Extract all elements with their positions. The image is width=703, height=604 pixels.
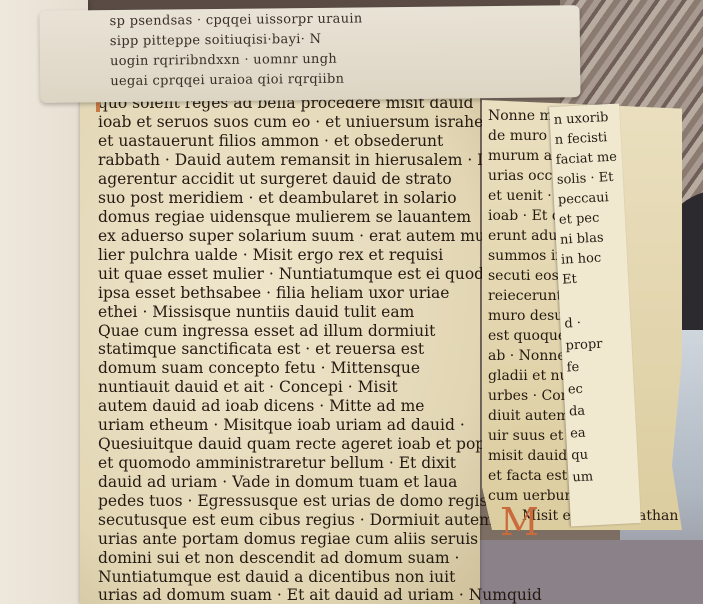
text-line: pedes tuos · Egressusque est urias de do…	[98, 492, 487, 510]
text-line: sp psendsas · cpqqei uissorpr urauin	[110, 11, 363, 29]
text-line: secutusque est eum cibus regius · Dormiu…	[98, 511, 494, 529]
text-line: nuntiauit dauid et ait · Concepi · Misit	[98, 378, 398, 396]
text-line: uir suus et	[488, 428, 563, 444]
text-line: uegai cprqqei uraioa qioi rqrqiibn	[110, 72, 344, 89]
text-line: ni blas	[560, 230, 604, 247]
text-line: Et	[562, 272, 577, 288]
text-line: Quesiuitque dauid quam recte ageret ioab…	[98, 435, 518, 453]
text-line: urias ad domum suam · Et ait dauid ad ur…	[98, 586, 542, 604]
text-line: n uxorib	[553, 110, 608, 128]
text-line: propr	[565, 337, 603, 354]
text-line: ipsa esset bethsabee · filia heliam uxor…	[98, 284, 449, 302]
text-line: ea	[570, 426, 586, 442]
main-folio: quo solent reges ad bella procedere misi…	[80, 88, 480, 604]
text-line: ec	[567, 382, 583, 398]
text-line: domini sui et non descendit ad domum sua…	[98, 549, 459, 567]
text-line: Nuntiatumque est dauid a dicentibus non …	[98, 568, 455, 586]
text-line: d ·	[564, 316, 581, 332]
rubricated-initial: M	[500, 500, 539, 544]
text-line: uogin rqriribndxxn · uomnr ungh	[110, 52, 337, 69]
text-line: faciat me	[555, 150, 617, 168]
text-line: da	[569, 404, 586, 420]
text-line: Quae cum ingressa esset ad illum dormiui…	[98, 322, 435, 340]
text-line: autem dauid ad ioab dicens · Mitte ad me	[98, 397, 424, 415]
text-line: domus regiae uidensque mulierem se lauan…	[98, 208, 471, 226]
text-line: solis · Et	[557, 170, 614, 188]
text-line: fe	[566, 360, 579, 376]
text-line: qu	[571, 448, 588, 464]
text-line: dauid ad uriam · Vade in domum tuam et l…	[98, 473, 457, 491]
text-line: n fecisti	[554, 130, 607, 148]
text-line: statimque sanctificata est · et reuersa …	[98, 340, 424, 358]
text-line: lier pulchra ualde · Misit ergo rex et r…	[98, 246, 443, 264]
text-line: in hoc	[561, 251, 602, 268]
text-line: et quomodo amministraretur bellum · Et d…	[98, 454, 456, 472]
text-line: urias ante portam domus regiae cum aliis…	[98, 530, 478, 548]
text-line: uriam ethеum · Misitque ioab uriam ad da…	[98, 416, 465, 434]
text-line: sipp pitteppe soitiuqisi·bayi· N	[110, 32, 322, 49]
text-line: et uastauerunt filios ammon · et obseder…	[98, 132, 443, 150]
text-line: et pec	[559, 211, 600, 228]
text-line: domum suam concepto fetu · Mittensque	[98, 359, 420, 377]
text-line: um	[572, 469, 593, 485]
top-parchment-strip: sp psendsas · cpqqei uissorpr urauin sip…	[40, 5, 581, 103]
text-line: ioab et seruos suos cum eo · et uniuersu…	[98, 113, 488, 131]
text-line: uit quae esset mulier · Nuntiatumque est…	[98, 265, 484, 283]
text-line: ethei · Missisque nuntiis dauid tulit ea…	[98, 303, 414, 321]
text-line: ex aduerso super solarium suum · erat au…	[98, 227, 485, 245]
text-line: agerentur accidit ut surgeret dauid de s…	[98, 170, 452, 188]
text-line: suo post meridiem · et deambularet in so…	[98, 189, 457, 207]
text-line: peccaui	[558, 190, 610, 208]
